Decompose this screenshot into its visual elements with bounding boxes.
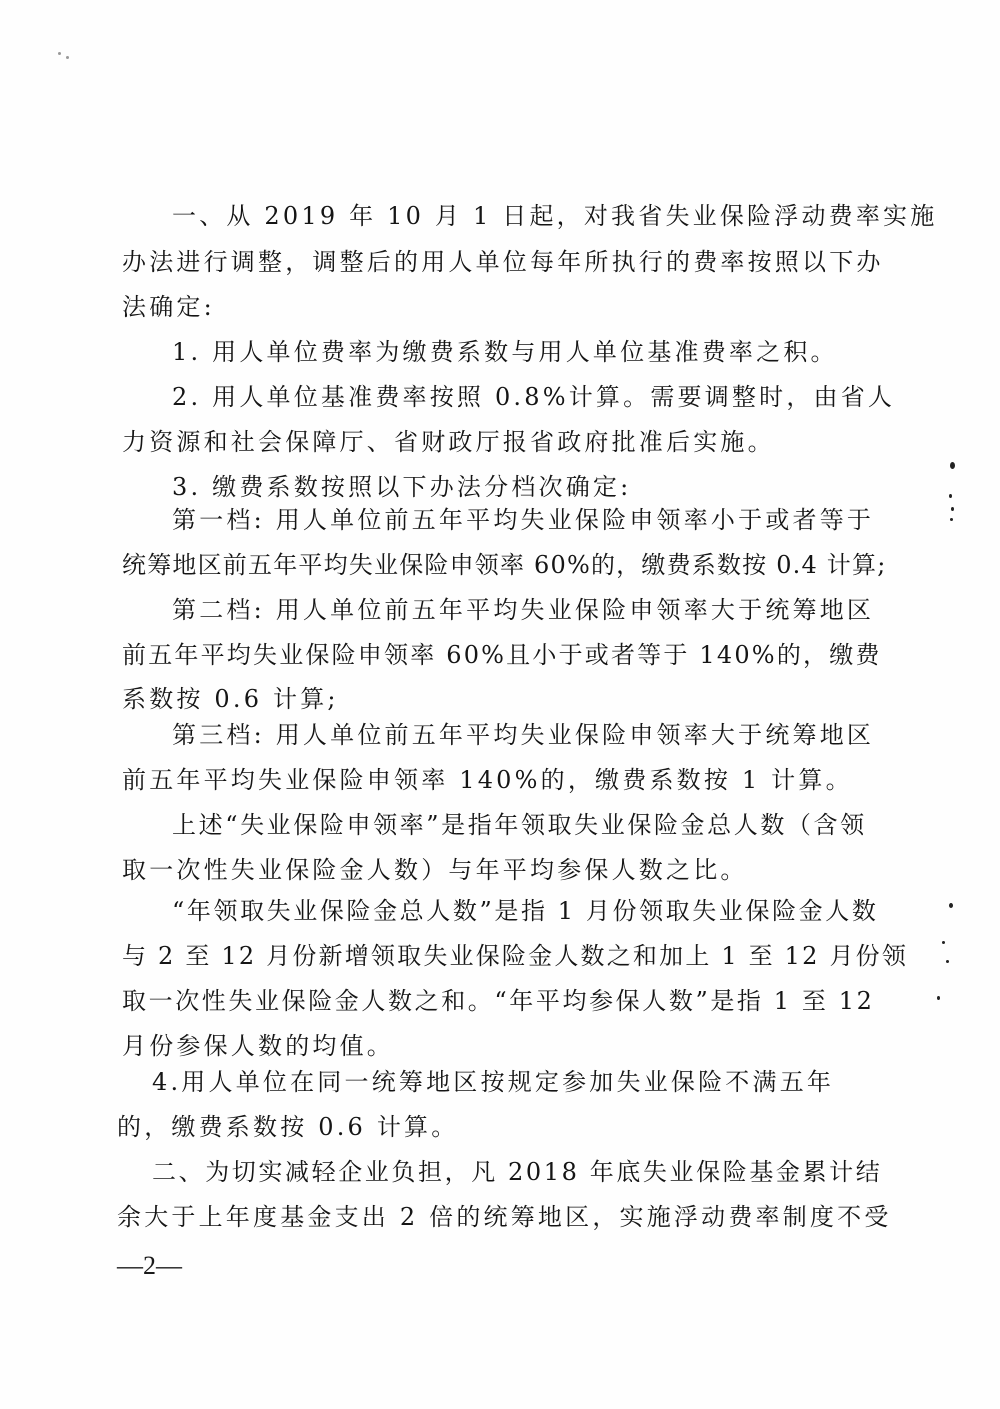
page-number: —2— [117,1251,182,1281]
text-line: 月份参保人数的均值。 [122,1031,394,1061]
text-line: 前五年平均失业保险申领率 60%且小于或者等于 140%的，缴费 [122,640,882,670]
scan-speck [937,996,940,1000]
scan-speck [949,494,952,498]
text-line: 统筹地区前五年平均失业保险申领率 60%的，缴费系数按 0.4 计算; [122,550,886,580]
scan-speck [942,941,945,944]
text-line: “年领取失业保险金总人数”是指 1 月份领取失业保险金人数 [172,896,878,926]
scan-speck [950,518,953,521]
text-line: 2. 用人单位基准费率按照 0.8%计算。需要调整时，由省人 [172,382,895,412]
scan-speck [66,56,69,59]
scan-speck [950,462,955,469]
document-page: 一、从 2019 年 10 月 1 日起，对我省失业保险浮动费率实施 办法进行调… [0,0,1000,1409]
scan-speck [946,960,949,963]
text-line: 3. 缴费系数按照以下办法分档次确定: [172,472,631,502]
text-line: 法确定: [122,292,215,322]
text-line: 上述“失业保险申领率”是指年领取失业保险金总人数（含领 [172,810,867,840]
text-line: 第一档: 用人单位前五年平均失业保险申领率小于或者等于 [172,505,874,535]
text-line: 4.用人单位在同一统筹地区按规定参加失业保险不满五年 [152,1067,834,1097]
text-line: 一、从 2019 年 10 月 1 日起，对我省失业保险浮动费率实施 [172,201,937,231]
scan-speck [951,507,954,511]
scan-speck [949,903,953,908]
text-line: 的，缴费系数按 0.6 计算。 [117,1112,458,1142]
text-line: 第三档: 用人单位前五年平均失业保险申领率大于统筹地区 [172,720,874,750]
text-line: 办法进行调整，调整后的用人单位每年所执行的费率按照以下办 [122,247,884,277]
text-line: 取一次性失业保险金人数）与年平均参保人数之比。 [122,855,748,885]
text-line: 与 2 至 12 月份新增领取失业保险金人数之和加上 1 至 12 月份领 [122,941,908,971]
text-line: 取一次性失业保险金人数之和。“年平均参保人数”是指 1 至 12 [122,986,874,1016]
text-line: 第二档: 用人单位前五年平均失业保险申领率大于统筹地区 [172,595,874,625]
text-line: 二、为切实减轻企业负担，凡 2018 年底失业保险基金累计结 [152,1157,882,1187]
text-line: 前五年平均失业保险申领率 140%的，缴费系数按 1 计算。 [122,765,853,795]
text-line: 余大于上年度基金支出 2 倍的统筹地区，实施浮动费率制度不受 [117,1202,892,1232]
text-line: 1. 用人单位费率为缴费系数与用人单位基准费率之积。 [172,337,838,367]
scan-speck [58,52,61,55]
text-line: 力资源和社会保障厅、省财政厅报省政府批准后实施。 [122,427,775,457]
text-line: 系数按 0.6 计算; [122,684,339,714]
